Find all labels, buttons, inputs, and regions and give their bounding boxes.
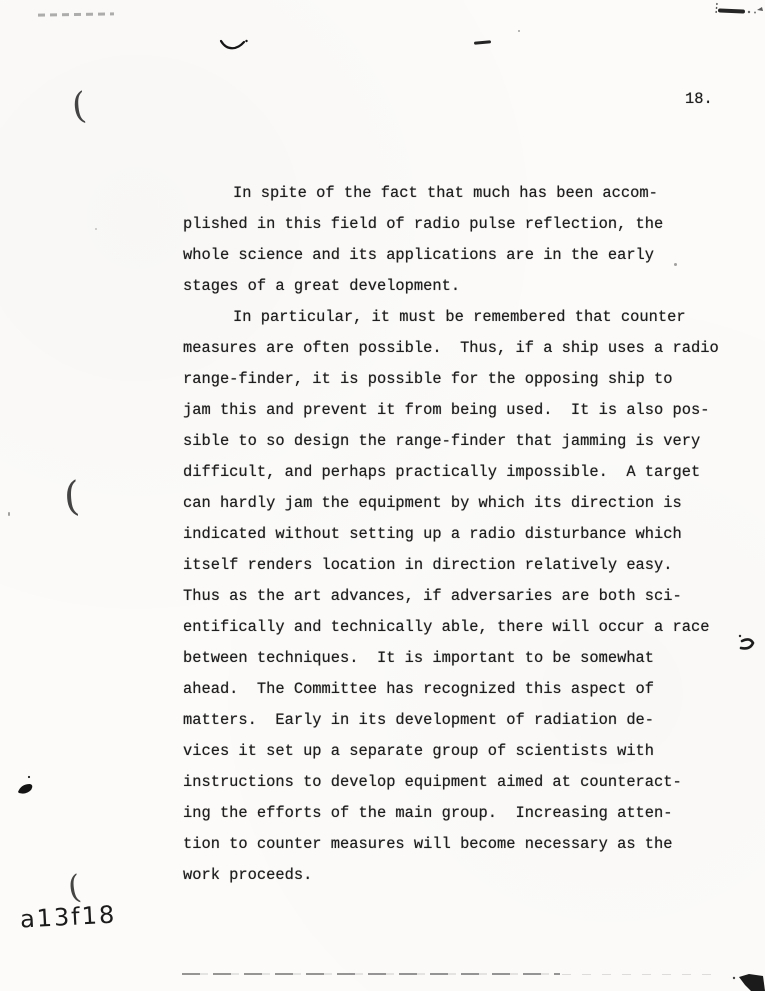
ink-blot-mark [15, 773, 39, 799]
scan-speck [365, 476, 367, 478]
scan-line-bottom [182, 973, 560, 975]
typed-line: In particular, it must be remembered tha… [183, 302, 728, 333]
typed-line: jam this and prevent it from being used.… [183, 395, 728, 426]
margin-paren-mark: ( [70, 85, 88, 127]
scan-line-bottom-faint [562, 974, 722, 975]
typed-line: can hardly jam the equipment by which it… [183, 488, 728, 519]
margin-paren-mark: ( [62, 474, 81, 521]
document-page: ( ( ( 18. In spite of the fact that much… [0, 0, 765, 991]
page-number: 18. [685, 90, 713, 108]
scan-smudge-top-left [38, 12, 114, 16]
typed-line: work proceeds. [183, 860, 728, 891]
typed-line: vices it set up a separate group of scie… [183, 736, 728, 767]
paragraph: In spite of the fact that much has been … [183, 178, 728, 302]
typed-line: instructions to develop equipment aimed … [183, 767, 728, 798]
typed-line: difficult, and perhaps practically impos… [183, 457, 728, 488]
typed-line: stages of a great development. [183, 271, 728, 302]
typed-line: Thus as the art advances, if adversaries… [183, 581, 728, 612]
typed-line: range-finder, it is possible for the opp… [183, 364, 728, 395]
scan-speck [518, 30, 520, 32]
typed-line: ing the efforts of the main group. Incre… [183, 798, 728, 829]
typed-line: measures are often possible. Thus, if a … [183, 333, 728, 364]
margin-paren-mark: ( [65, 867, 83, 906]
corner-blob-mark [731, 969, 765, 991]
stray-squiggle-mark [731, 628, 757, 656]
scan-speck [95, 228, 97, 230]
typed-line: between techniques. It is important to b… [183, 643, 728, 674]
typed-line: entifically and technically able, there … [183, 612, 728, 643]
typed-line: In spite of the fact that much has been … [183, 178, 728, 209]
typed-line: indicated without setting up a radio dis… [183, 519, 728, 550]
typed-line: plished in this field of radio pulse ref… [183, 209, 728, 240]
curve-stray-mark [219, 37, 249, 54]
handwritten-note: a13f18 [19, 901, 117, 934]
dash-stray-mark [474, 40, 491, 44]
scan-speck [8, 512, 10, 516]
typed-text-block: In spite of the fact that much has been … [183, 178, 728, 891]
typed-line: ahead. The Committee has recognized this… [183, 674, 728, 705]
paragraph: In particular, it must be remembered tha… [183, 302, 728, 891]
typed-line: tion to counter measures will become nec… [183, 829, 728, 860]
scan-speck [674, 263, 677, 266]
typed-line: whole science and its applications are i… [183, 240, 728, 271]
typed-line: itself renders location in direction rel… [183, 550, 728, 581]
typed-line: sible to so design the range-finder that… [183, 426, 728, 457]
scan-smudge-top-right [710, 1, 764, 19]
typed-line: matters. Early in its development of rad… [183, 705, 728, 736]
